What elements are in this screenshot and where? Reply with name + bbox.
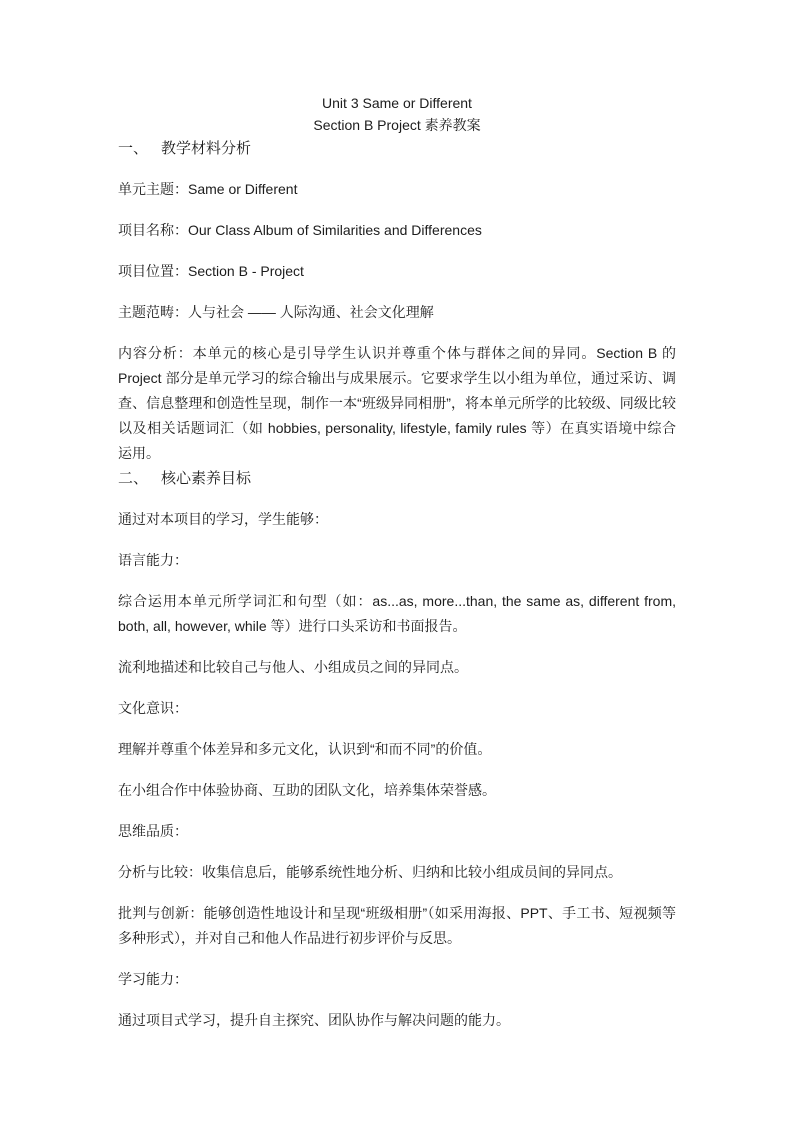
paragraph-cultural-awareness-label: 文化意识： (118, 696, 676, 721)
section-core-competency-goals: 二、核心素养目标 通过对本项目的学习，学生能够： 语言能力： 综合运用本单元所学… (118, 466, 676, 1033)
paragraph-unit-theme: 单元主题：Same or Different (118, 177, 676, 202)
paragraph-thinking-goal-analysis: 分析与比较：收集信息后，能够系统性地分析、归纳和比较小组成员间的异同点。 (118, 860, 676, 885)
section-1-number: 一、 (118, 136, 148, 161)
doc-title-line-1: Unit 3 Same or Different (118, 92, 676, 114)
doc-title-line-2: Section B Project 素养教案 (118, 114, 676, 136)
paragraph-learning-ability-label: 学习能力： (118, 967, 676, 992)
paragraph-thinking-goal-creation: 批判与创新：能够创造性地设计和呈现“班级相册”（如采用海报、PPT、手工书、短视… (118, 901, 676, 951)
paragraph-learning-goal: 通过项目式学习，提升自主探究、团队协作与解决问题的能力。 (118, 1008, 676, 1033)
paragraph-cultural-goal-1: 理解并尊重个体差异和多元文化，认识到“和而不同”的价值。 (118, 737, 676, 762)
paragraph-cultural-goal-2: 在小组合作中体验协商、互助的团队文化，培养集体荣誉感。 (118, 778, 676, 803)
paragraph-thinking-quality-label: 思维品质： (118, 819, 676, 844)
paragraph-goals-intro: 通过对本项目的学习，学生能够： (118, 507, 676, 532)
paragraph-language-goal-1: 综合运用本单元所学词汇和句型（如：as...as, more...than, t… (118, 589, 676, 639)
document-page: Unit 3 Same or Different Section B Proje… (0, 0, 794, 1123)
paragraph-content-analysis: 内容分析：本单元的核心是引导学生认识并尊重个体与群体之间的异同。Section … (118, 341, 676, 466)
paragraph-project-name: 项目名称：Our Class Album of Similarities and… (118, 218, 676, 243)
paragraph-theme-scope: 主题范畴：人与社会 —— 人际沟通、社会文化理解 (118, 300, 676, 325)
paragraph-project-location: 项目位置：Section B - Project (118, 259, 676, 284)
section-teaching-material-analysis: 一、教学材料分析 单元主题：Same or Different 项目名称：Our… (118, 136, 676, 466)
document-body: Unit 3 Same or Different Section B Proje… (118, 92, 676, 1033)
section-2-number: 二、 (118, 466, 148, 491)
paragraph-language-ability-label: 语言能力： (118, 548, 676, 573)
paragraph-language-goal-2: 流利地描述和比较自己与他人、小组成员之间的异同点。 (118, 655, 676, 680)
section-heading-1: 一、教学材料分析 (118, 136, 676, 161)
section-heading-2: 二、核心素养目标 (118, 466, 676, 491)
section-2-title: 核心素养目标 (161, 470, 251, 487)
section-1-title: 教学材料分析 (161, 140, 251, 157)
